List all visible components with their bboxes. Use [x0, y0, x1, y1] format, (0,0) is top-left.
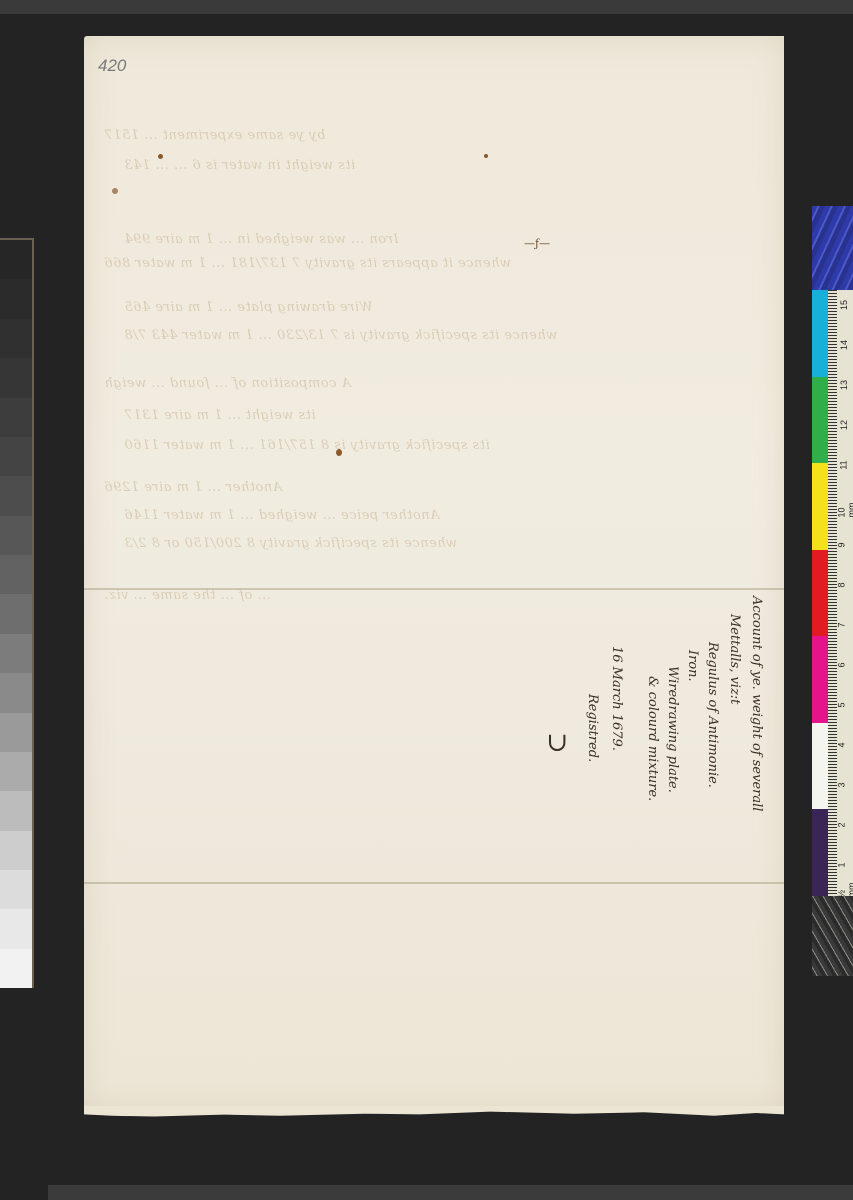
color-swatch [812, 290, 828, 377]
bleed-through-line: its weight in water is 6 ... ... 143 [124, 158, 355, 173]
bleed-through-line: its weight ... 1 m aire 1317 [124, 408, 316, 423]
ruler-number: 13 [839, 380, 849, 390]
endorsement-line: Mettalls, viz:t [727, 614, 742, 704]
top-frame-edge [0, 0, 853, 14]
endorsement-line: 16 March 1679. [609, 646, 624, 751]
greyscale-patch [0, 791, 32, 830]
ink-spot [158, 154, 163, 159]
greyscale-patch [0, 398, 32, 437]
greyscale-patch [0, 870, 32, 909]
color-swatch [812, 723, 828, 810]
endorsement-note: Account of ye. weight of severallMettall… [554, 592, 774, 862]
color-swatch [812, 636, 828, 723]
greyscale-patch [0, 279, 32, 318]
greyscale-patch [0, 909, 32, 948]
color-swatch [812, 550, 828, 637]
greyscale-patch [0, 555, 32, 594]
scale-bar-cap [812, 896, 853, 976]
endorsement-line: Iron. [685, 650, 700, 682]
bleed-through-line: Wire drawing plate ... 1 m aire 465 [124, 300, 373, 315]
scale-bar-cap [812, 206, 853, 290]
color-swatches [812, 290, 828, 896]
ruler-number: 14 [839, 340, 849, 350]
ruler-number: 10 mm [837, 503, 853, 518]
greyscale-patch [0, 476, 32, 515]
greyscale-patch [0, 673, 32, 712]
ruler-number: 2 [837, 822, 847, 827]
greyscale-patch [0, 516, 32, 555]
greyscale-patch [0, 437, 32, 476]
ruler-number: 11 [839, 460, 849, 469]
bottom-frame-edge [48, 1185, 853, 1200]
greyscale-patch [0, 594, 32, 633]
ruler-number: 9 [837, 542, 847, 547]
ruler-number: 3 [837, 782, 847, 787]
millimeter-ruler: 151413121110 mm987654321½ mm [828, 290, 853, 896]
bleed-through-line: its specifick gravity is 8 157/161 ... 1… [124, 438, 490, 453]
ruler-ticks [828, 290, 837, 896]
endorsement-line: & colourd mixture. [645, 676, 660, 801]
ruler-number: 8 [837, 582, 847, 587]
ink-spot [336, 449, 342, 456]
bleed-through-line: whence it appears its gravity 7 137/181 … [104, 256, 511, 271]
bleed-through-line: ... of ... the same ... viz. [104, 588, 271, 603]
greyscale-patch [0, 752, 32, 791]
ink-flourish-mark: —ƒ— [524, 237, 550, 250]
ruler-number: 4 [837, 742, 847, 747]
endorsement-line: Regulus of Antimonie. [705, 642, 720, 788]
ink-spot [484, 154, 488, 158]
greyscale-patch [0, 949, 32, 988]
bleed-through-line: by ye same experiment ... 1517 [104, 128, 325, 143]
ruler-number: 5 [837, 702, 847, 707]
greyscale-calibration-strip [0, 238, 34, 988]
bleed-through-line: A composition of ... found ... weigh [104, 376, 351, 391]
endorsement-line: ⊃ [542, 732, 572, 754]
color-swatch [812, 809, 828, 896]
greyscale-patch [0, 319, 32, 358]
endorsement-line: Registred. [585, 694, 600, 762]
greyscale-patch [0, 358, 32, 397]
fold-line [84, 882, 784, 884]
endorsement-line: Account of ye. weight of severall [749, 596, 764, 811]
ruler-number: 12 [839, 420, 849, 430]
ruler-number: 1 [837, 862, 847, 867]
ruler-number: 7 [837, 622, 847, 627]
manuscript-page: 420 by ye same experiment ... 1517its we… [84, 36, 784, 1110]
greyscale-patch [0, 713, 32, 752]
greyscale-patch [0, 634, 32, 673]
bleed-through-line: Iron ... was weighed in ... 1 m aire 994 [124, 232, 399, 247]
color-swatch [812, 463, 828, 550]
greyscale-patch [0, 240, 32, 279]
folio-number: 420 [98, 56, 126, 76]
bleed-through-line: whence its specifick gravity is 7 13/230… [124, 328, 557, 343]
bleed-through-line: Another ... 1 m aire 1296 [104, 480, 282, 495]
ruler-number: 15 [839, 300, 849, 310]
bleed-through-line: whence its specifick gravity 8 200/150 o… [124, 536, 457, 551]
ink-spot [112, 188, 118, 194]
color-swatch [812, 377, 828, 464]
color-scale-bar: 151413121110 mm987654321½ mm [812, 206, 853, 976]
bleed-through-line: Another peice ... weighed ... 1 m water … [124, 508, 439, 523]
endorsement-line: Wiredrawing plate. [665, 666, 680, 793]
greyscale-patch [0, 831, 32, 870]
ruler-number: 6 [837, 662, 847, 667]
